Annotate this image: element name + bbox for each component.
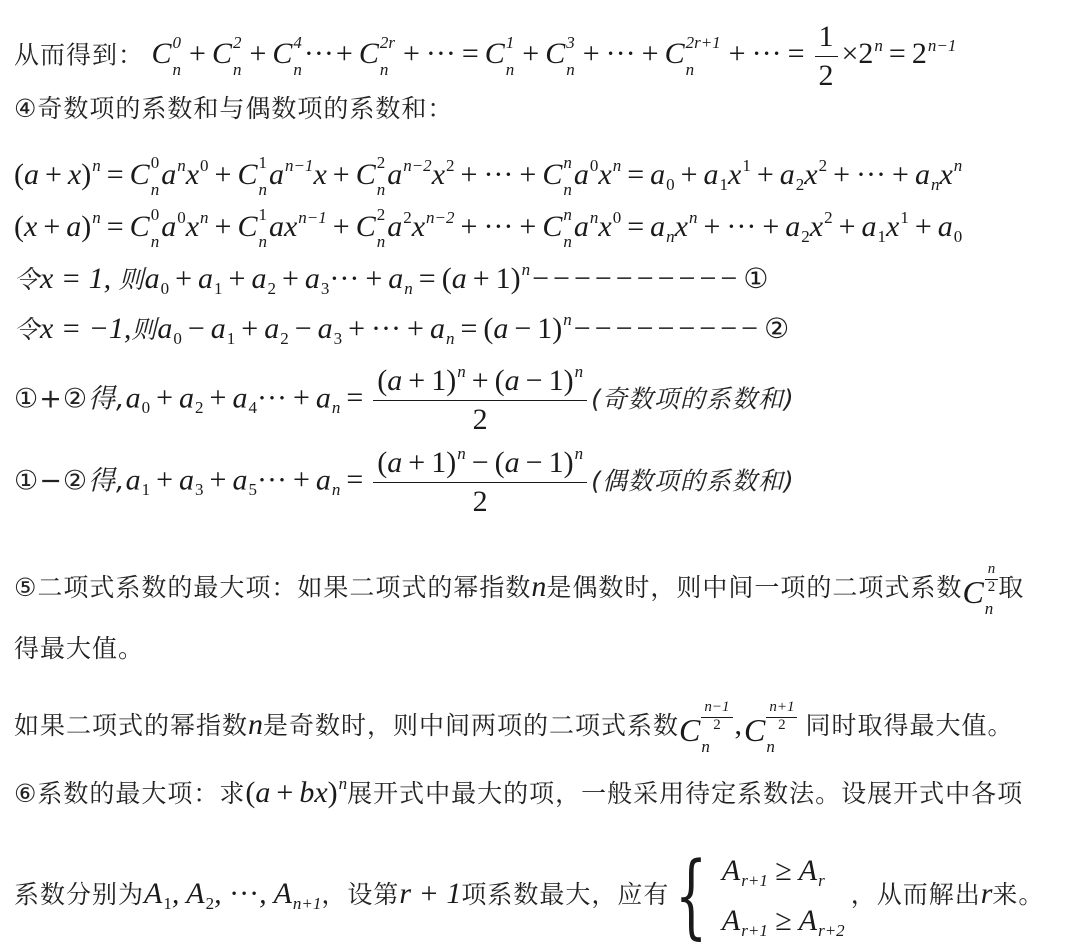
section-5-max-binomial-coefficient: ⑤二项式系数的最大项：如果二项式的幂指数n是偶数时，则中间一项的二项式系数Cn2… [14,562,1024,617]
section-5-continuation: 得最大值。 [14,636,144,661]
combination-sum-identity: 从而得到： C0n+C2n+C4n···+C2rn+···=C1n+C3n+··… [14,22,956,91]
section-4-heading: ④奇数项的系数和与偶数项的系数和： [14,96,453,121]
even-term-coefficient-sum: ①−②得,a1+a3+a5···+an=(a+1)n−(a−1)n2(偶数项的系… [14,448,795,517]
substitution-x-equals-1: 令x = 1, 则a0+a1+a2+a3···+an=(a+1)n−−−−−−−… [14,264,768,294]
prefix-text: 从而得到： [14,40,144,69]
equation-label-2: ② [764,312,789,345]
expansion-x-plus-a: (x+a)n=C0na0xn+C1naxn−1+C2na2xn−2+···+Cn… [14,212,962,246]
section-6-condition-system: 系数分别为A1, A2, ···, An+1，设第r + 1项系数最大，应有{A… [14,850,1044,942]
substitution-x-equals-minus-1: 令x = −1,则a0−a1+a2−a3+···+an=(a−1)n−−−−−−… [14,314,789,344]
inequality-system: {Ar+1 ≥ ArAr+1 ≥ Ar+2 [675,850,844,942]
formula: C0n+C2n+C4n···+C2rn+···=C1n+C3n+···+C2r+… [152,37,957,70]
expansion-a-plus-x: (a+x)n=C0nanx0+C1nan−1x+C2nan−2x2+···+Cn… [14,160,962,194]
section-5-odd-power-case: 如果二项式的幂指数n是奇数时，则中间两项的二项式系数Cn−12n,Cn+12n同… [14,700,1013,755]
section-6-max-coefficient-term: ⑥系数的最大项：求(a+bx)n展开式中最大的项，一般采用待定系数法。设展开式中… [14,778,1023,808]
odd-term-coefficient-sum: ①+②得,a0+a2+a4···+an=(a+1)n+(a−1)n2(奇数项的系… [14,366,795,435]
equation-label-1: ① [743,262,768,295]
